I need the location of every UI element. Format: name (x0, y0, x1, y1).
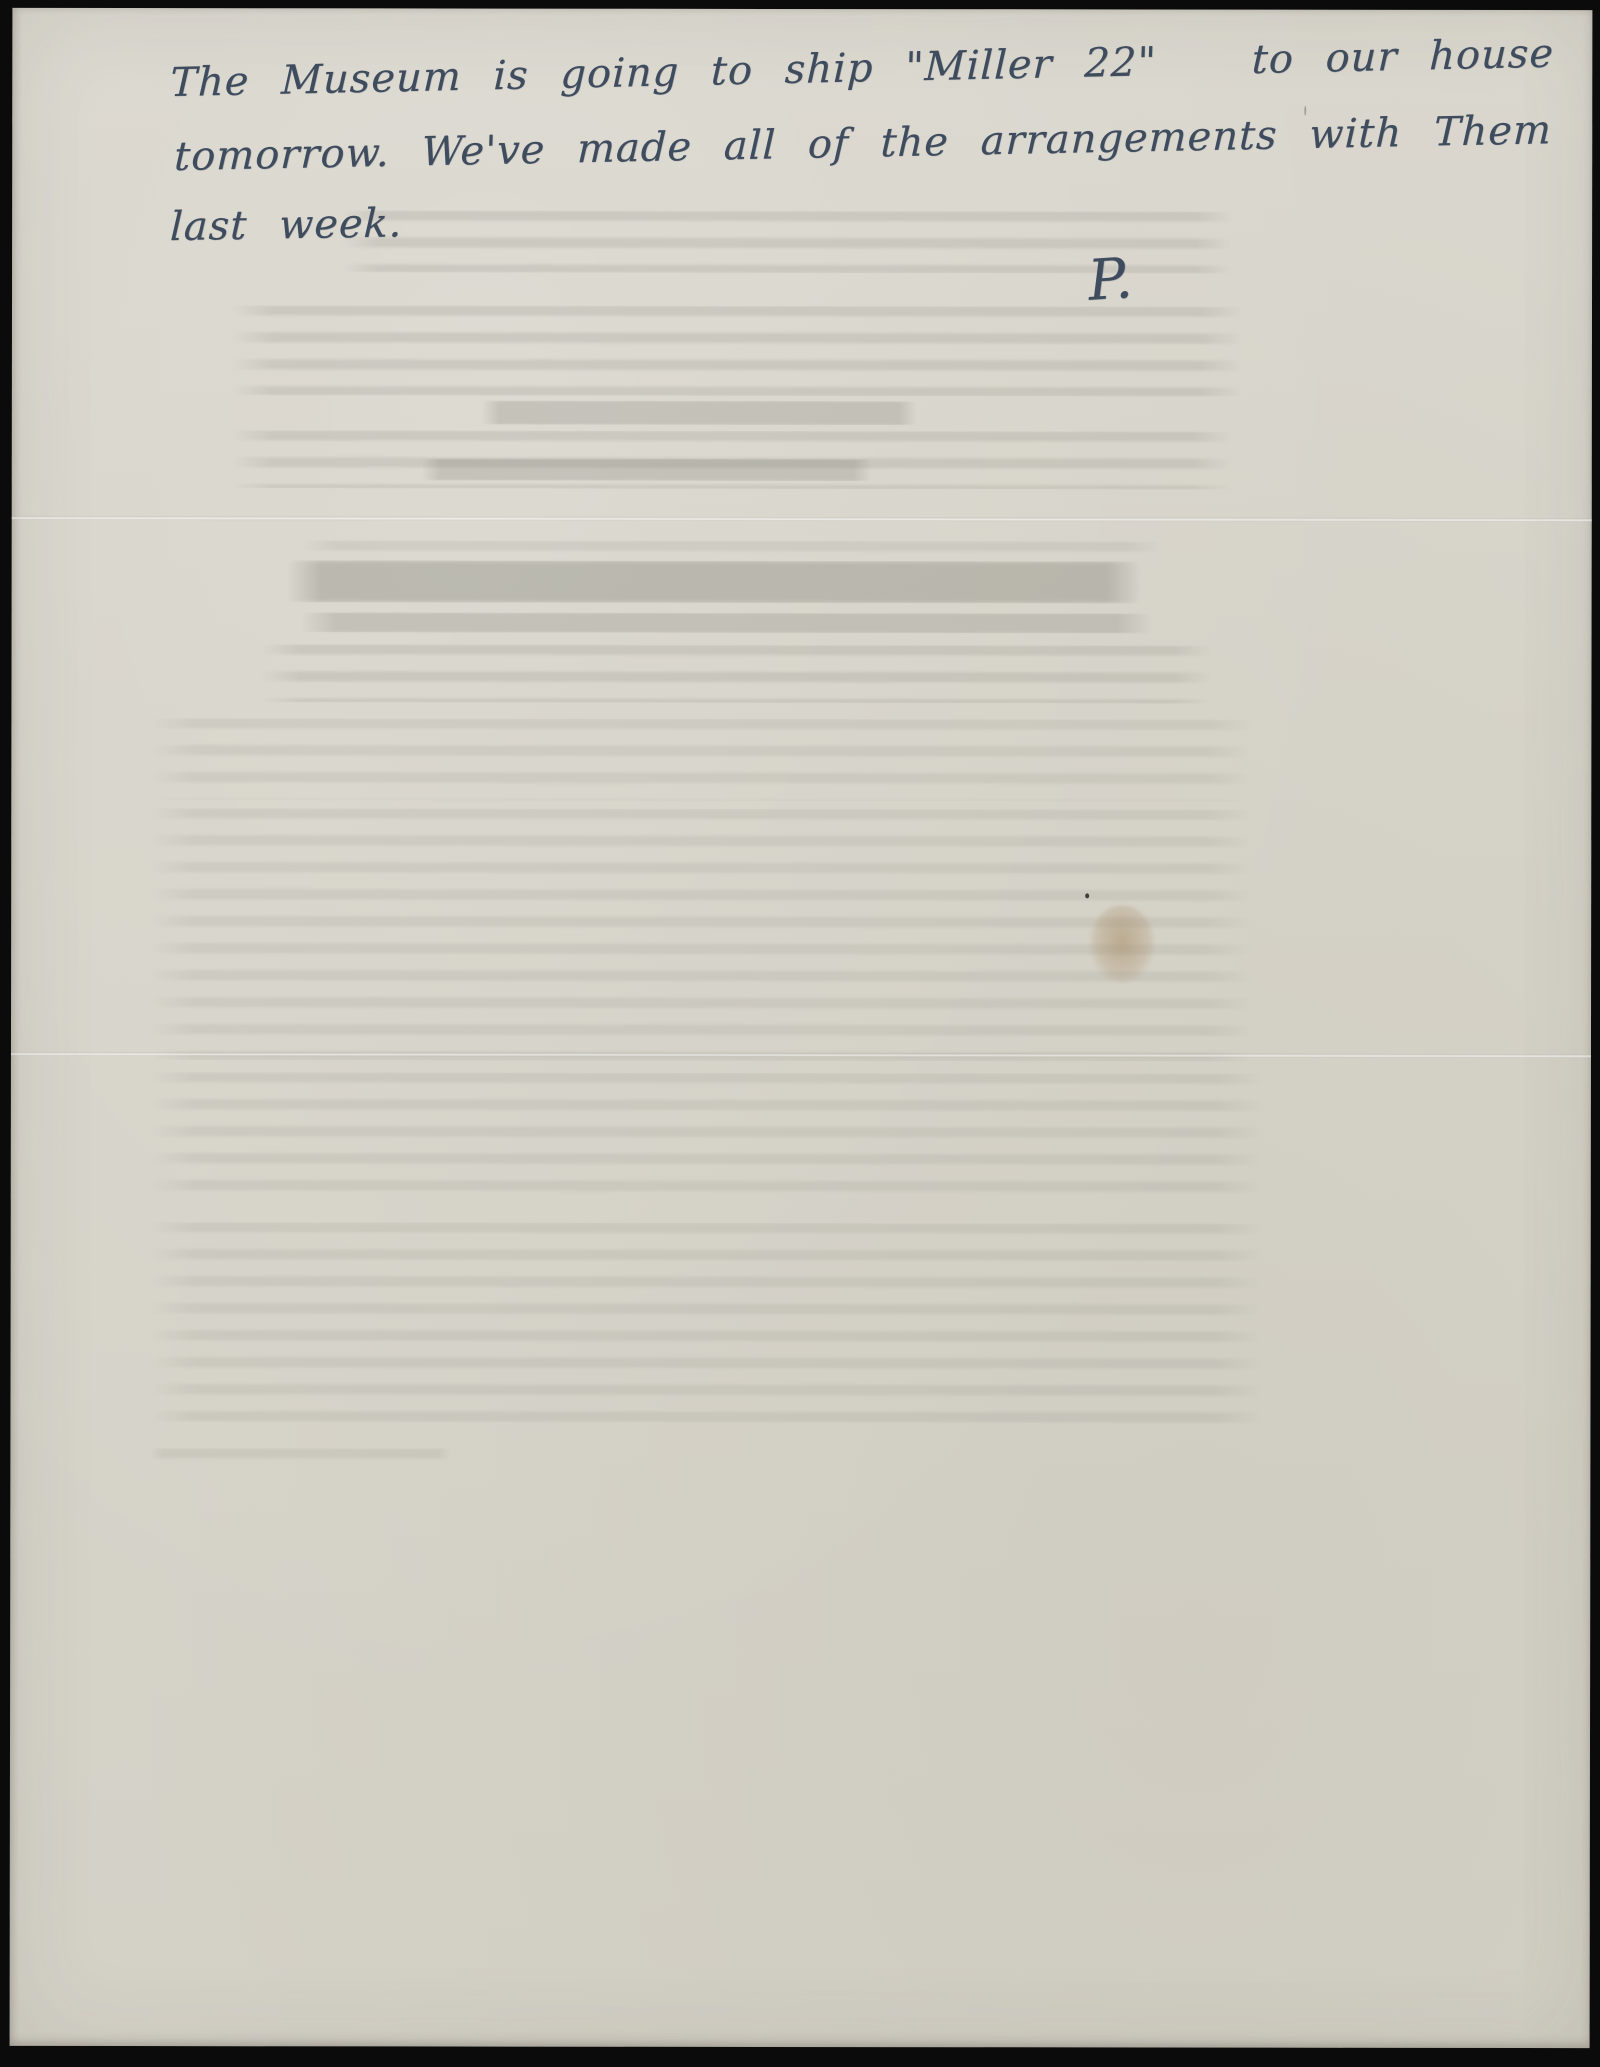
bleedthrough-paragraph (232, 305, 1242, 396)
bleedthrough-line (302, 612, 1152, 633)
bleedthrough-paragraph (261, 644, 1211, 703)
bleedthrough-line (302, 540, 1162, 557)
fold-crease (12, 516, 1592, 522)
bleedthrough-paragraph (151, 1072, 1261, 1206)
bleedthrough-line (150, 1448, 450, 1466)
bleedthrough-paragraph (150, 1222, 1260, 1424)
stain (1089, 905, 1155, 983)
signature-initial: P. (1086, 246, 1134, 314)
scanned-letter: { "scan": { "background_color": "#0b0b0b… (0, 0, 1600, 2067)
handwritten-line: tomorrow. We've made all of the arrangem… (173, 107, 1552, 180)
bleedthrough-headline (287, 560, 1142, 603)
bleedthrough-paragraph (151, 718, 1251, 802)
bleedthrough-bold-line (482, 401, 917, 426)
bleedthrough-bold-line (422, 458, 872, 481)
letter-page: The Museum is going to ship "Miller 22" … (10, 8, 1593, 2048)
bleedthrough-paragraph (151, 808, 1251, 1062)
handwritten-line: The Museum is going to ship "Miller 22" … (170, 31, 1555, 107)
handwritten-line: last week. (169, 200, 403, 250)
ink-speck (1085, 893, 1089, 898)
